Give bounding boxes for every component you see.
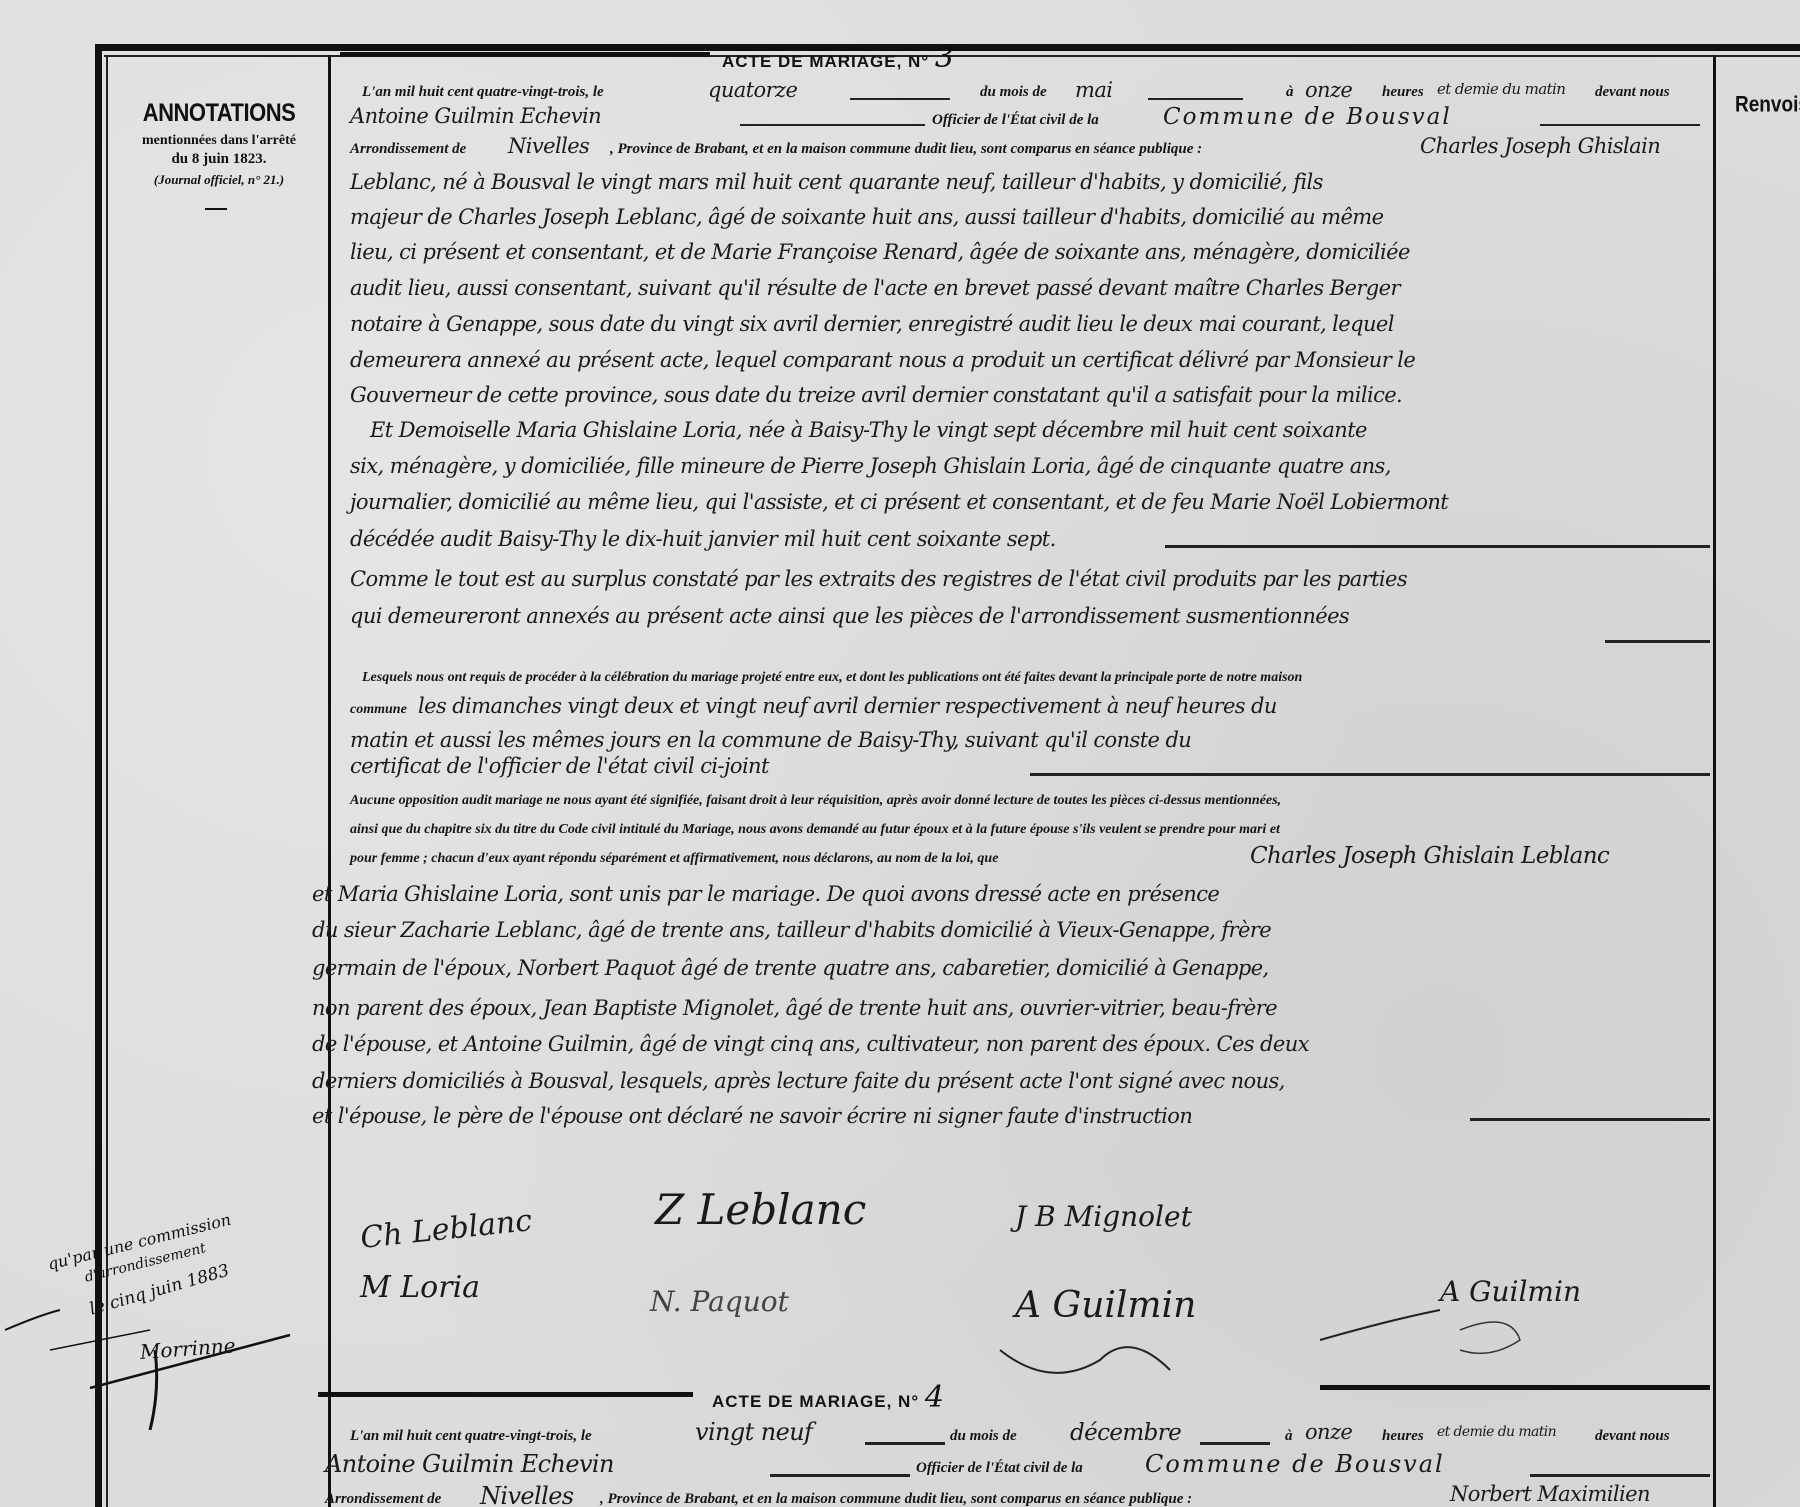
act3-declaration-groom: Charles Joseph Ghislain Leblanc bbox=[1250, 843, 1609, 869]
renvois-column-divider bbox=[1713, 55, 1716, 1507]
act4-day: vingt neuf bbox=[695, 1418, 812, 1446]
act3-arrondissement-label: Arrondissement de bbox=[350, 141, 466, 158]
act3-publications-text: Lesquels nous ont requis de procéder à l… bbox=[362, 670, 1302, 686]
act3-header-rule-right bbox=[1320, 46, 1800, 51]
act3-header-label: ACTE DE MARIAGE, N° bbox=[722, 52, 929, 71]
act3-body-line: Gouverneur de cette province, sous date … bbox=[350, 383, 1402, 407]
act4-officer-label: Officier de l'État civil de la bbox=[916, 1460, 1083, 1477]
act4-arrondissement-label: Arrondissement de bbox=[325, 1491, 441, 1507]
act4-month-label: du mois de bbox=[950, 1428, 1017, 1445]
act3-declaration-text: pour femme ; chacun d'eux ayant répondu … bbox=[350, 851, 998, 867]
act3-declaration-text: Aucune opposition audit mariage ne nous … bbox=[350, 793, 1281, 809]
act4-header: ACTE DE MARIAGE, N° 4 bbox=[712, 1380, 945, 1415]
act4-hour-suffix: et demie du matin bbox=[1437, 1424, 1556, 1440]
act3-witness-line: germain de l'époux, Norbert Paquot âgé d… bbox=[312, 956, 1269, 980]
act3-witness-line: du sieur Zacharie Leblanc, âgé de trente… bbox=[312, 918, 1271, 942]
act4-year-label: L'an mil huit cent quatre-vingt-trois, l… bbox=[350, 1428, 592, 1445]
margin-flourish bbox=[0, 1290, 320, 1430]
act4-month: décembre bbox=[1070, 1420, 1181, 1446]
annotations-column-divider bbox=[328, 55, 331, 1507]
annotations-subtitle: mentionnées dans l'arrêté bbox=[110, 133, 328, 149]
act3-body-line: Comme le tout est au surplus constaté pa… bbox=[350, 567, 1407, 591]
annotations-journal-ref: (Journal officiel, n° 21.) bbox=[110, 172, 328, 188]
fill-line bbox=[1200, 1442, 1270, 1445]
act3-witness-line: et Maria Ghislaine Loria, sont unis par … bbox=[312, 882, 1219, 906]
act3-body-line: journalier, domicilié au même lieu, qui … bbox=[350, 490, 1448, 514]
signature-groom: Ch Leblanc bbox=[359, 1203, 534, 1256]
act4-before-us-label: devant nous bbox=[1595, 1428, 1670, 1445]
act3-hours-label: heures bbox=[1382, 84, 1424, 101]
act3-month-label: du mois de bbox=[980, 84, 1047, 101]
act3-hour-suffix: et demie du matin bbox=[1437, 80, 1565, 98]
act3-appeared-label: , Province de Brabant, et en la maison c… bbox=[610, 141, 1202, 158]
act3-witness-line: et l'épouse, le père de l'épouse ont déc… bbox=[312, 1104, 1192, 1128]
act3-month: mai bbox=[1075, 78, 1112, 102]
act3-number: 3 bbox=[935, 40, 955, 75]
renvois-title: Renvois bbox=[1735, 93, 1800, 118]
fill-line bbox=[770, 1474, 910, 1477]
act3-body-line: majeur de Charles Joseph Leblanc, âgé de… bbox=[350, 205, 1383, 229]
act3-year-label: L'an mil huit cent quatre-vingt-trois, l… bbox=[362, 84, 604, 101]
signature-witness: N. Paquot bbox=[650, 1285, 789, 1318]
act3-day: quatorze bbox=[708, 78, 797, 102]
act4-appeared-label: , Province de Brabant, et en la maison c… bbox=[600, 1491, 1192, 1507]
fill-line bbox=[1030, 773, 1710, 776]
act3-header: ACTE DE MARIAGE, N° 3 bbox=[722, 40, 955, 75]
act4-header-label: ACTE DE MARIAGE, N° bbox=[712, 1392, 919, 1411]
fill-line bbox=[865, 1442, 945, 1445]
act3-body-line: décédée audit Baisy-Thy le dix-huit janv… bbox=[350, 527, 1056, 551]
act3-header-rule-left bbox=[340, 52, 710, 57]
act3-publications-line: les dimanches vingt deux et vingt neuf a… bbox=[418, 694, 1277, 718]
annotations-title: ANNOTATIONS bbox=[110, 98, 328, 128]
act3-body-line: Et Demoiselle Maria Ghislaine Loria, née… bbox=[370, 418, 1367, 442]
fill-line bbox=[1148, 98, 1243, 100]
act3-body-line: six, ménagère, y domiciliée, fille mineu… bbox=[350, 454, 1391, 478]
act3-body-line: audit lieu, aussi consentant, suivant qu… bbox=[350, 276, 1400, 300]
act4-hour: onze bbox=[1305, 1420, 1352, 1444]
register-page: ANNOTATIONS mentionnées dans l'arrêté du… bbox=[0, 0, 1800, 1507]
act3-publications-line: matin et aussi les mêmes jours en la com… bbox=[350, 728, 1191, 752]
frame-left-border bbox=[95, 44, 102, 1507]
annotations-dash bbox=[205, 208, 227, 210]
act4-header-rule-right bbox=[1320, 1385, 1710, 1390]
fill-line bbox=[1165, 545, 1710, 548]
act4-groom-name: Norbert Maximilien bbox=[1450, 1482, 1650, 1506]
fill-line bbox=[1530, 1474, 1710, 1477]
act3-groom-name: Charles Joseph Ghislain bbox=[1420, 134, 1660, 158]
act3-hour-label: à bbox=[1286, 84, 1294, 101]
signature-witness: Z Leblanc bbox=[655, 1185, 866, 1234]
act3-body-line: Leblanc, né à Bousval le vingt mars mil … bbox=[350, 170, 1323, 194]
act3-officer-label: Officier de l'État civil de la bbox=[932, 112, 1099, 129]
act3-witness-line: de l'épouse, et Antoine Guilmin, âgé de … bbox=[312, 1032, 1309, 1056]
signature-flourish bbox=[990, 1300, 1540, 1390]
fill-line bbox=[1540, 124, 1700, 126]
fill-line bbox=[740, 124, 925, 126]
act3-body-line: lieu, ci présent et consentant, et de Ma… bbox=[350, 240, 1410, 264]
act3-commune-label: commune bbox=[350, 702, 407, 718]
act3-officer-name: Antoine Guilmin Echevin bbox=[350, 104, 601, 128]
act3-declaration-text: ainsi que du chapitre six du titre du Co… bbox=[350, 822, 1280, 838]
act4-header-rule-left bbox=[318, 1392, 693, 1397]
act4-arrondissement: Nivelles bbox=[480, 1482, 574, 1507]
fill-line bbox=[850, 98, 950, 100]
act4-officer-name: Antoine Guilmin Echevin bbox=[325, 1450, 614, 1478]
act4-hours-label: heures bbox=[1382, 1428, 1424, 1445]
fill-line bbox=[1605, 640, 1710, 643]
act3-body-line: qui demeureront annexés au présent acte … bbox=[350, 604, 1349, 628]
act3-witness-line: derniers domiciliés à Bousval, lesquels,… bbox=[312, 1069, 1285, 1093]
act3-publications-line: certificat de l'officier de l'état civil… bbox=[350, 754, 769, 778]
act3-hour: onze bbox=[1305, 78, 1352, 102]
act3-commune: Commune de Bousval bbox=[1163, 104, 1452, 130]
signature-bride: M Loria bbox=[360, 1270, 480, 1305]
act3-body-line: notaire à Genappe, sous date du vingt si… bbox=[350, 312, 1394, 336]
annotations-date: du 8 juin 1823. bbox=[110, 151, 328, 168]
fill-line bbox=[1470, 1118, 1710, 1121]
act3-body-line: demeurera annexé au présent acte, lequel… bbox=[350, 348, 1415, 372]
act4-commune: Commune de Bousval bbox=[1145, 1450, 1445, 1478]
act3-before-us-label: devant nous bbox=[1595, 84, 1670, 101]
act3-witness-line: non parent des époux, Jean Baptiste Mign… bbox=[312, 996, 1277, 1020]
act3-arrondissement: Nivelles bbox=[508, 134, 589, 158]
act4-hour-label: à bbox=[1285, 1428, 1293, 1445]
act4-number: 4 bbox=[925, 1380, 945, 1415]
signature-witness: J B Mignolet bbox=[1015, 1200, 1192, 1233]
